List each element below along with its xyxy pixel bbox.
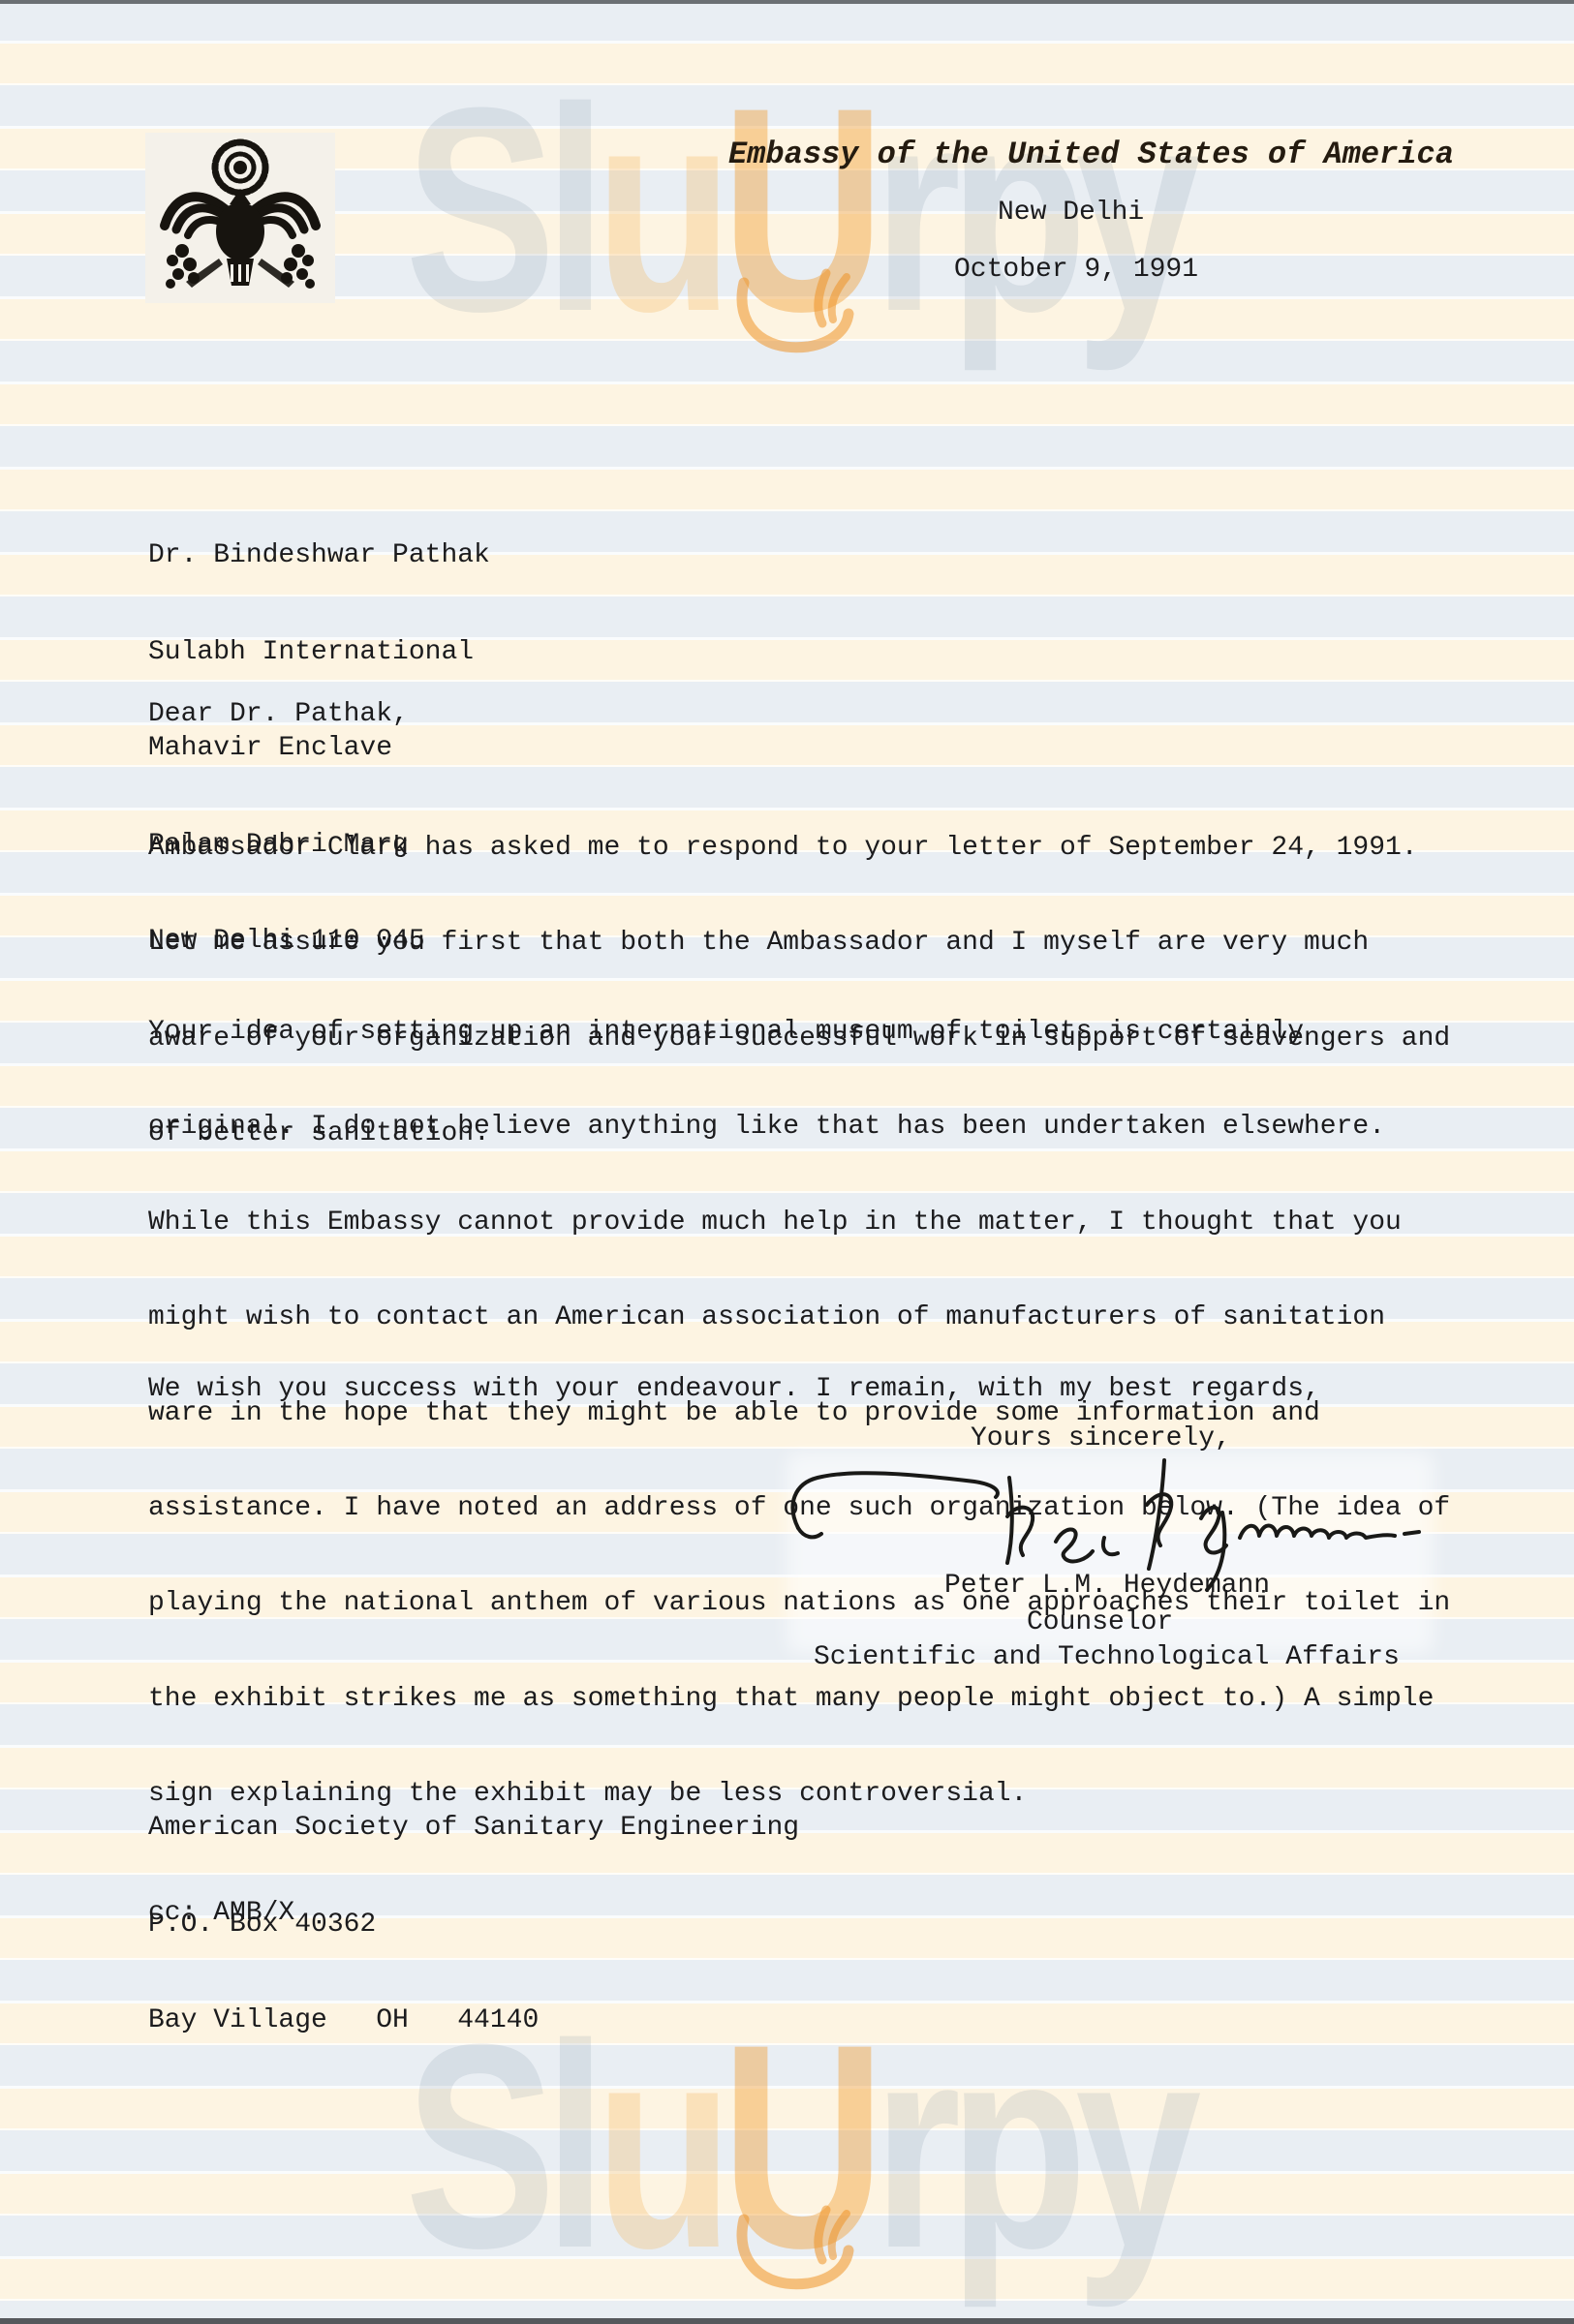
orange-swoosh-icon (734, 250, 889, 366)
watermark-letter: l (544, 46, 596, 372)
body-line: original. I do not believe anything like… (148, 1112, 1450, 1147)
letterhead-date: October 9, 1991 (954, 255, 1198, 285)
body-line: While this Embassy cannot provide much h… (148, 1208, 1450, 1242)
watermark-letter: y (1075, 1983, 1189, 2309)
body-line: Your idea of setting up an international… (148, 1017, 1450, 1052)
recipient-line: Dr. Bindeshwar Pathak (148, 540, 490, 577)
body-line: Ambassador Clark has asked me to respond… (148, 833, 1450, 868)
watermark-letter: u (595, 46, 721, 372)
orange-swoosh-icon (734, 2186, 889, 2303)
watermark-letter: S (405, 46, 544, 372)
letterhead-title: Embassy of the United States of America (728, 137, 1454, 172)
signer-title: Counselor (1027, 1607, 1173, 1637)
handwritten-signature-image (785, 1449, 1424, 1596)
top-border-bar (0, 0, 1574, 4)
cc-line: cc: AMB/X (148, 1898, 294, 1928)
letterhead-city: New Delhi (998, 198, 1144, 228)
recipient-line: Mahavir Enclave (148, 733, 490, 770)
reference-line: American Society of Sanitary Engineering (148, 1813, 799, 1850)
signer-office: Scientific and Technological Affairs (814, 1642, 1400, 1672)
body-line: We wish you success with your endeavour.… (148, 1374, 1320, 1409)
watermark-letter: p (949, 1983, 1075, 2309)
embassy-seal-image (145, 133, 335, 303)
salutation: Dear Dr. Pathak, (148, 699, 409, 729)
body-line: the exhibit strikes me as something that… (148, 1684, 1450, 1719)
bottom-border-bar (0, 2318, 1574, 2324)
scanned-letter-page: SluUrpy SluUrpy (0, 0, 1574, 2324)
reference-line: Bay Village OH 44140 (148, 2005, 799, 2042)
recipient-line: Sulabh International (148, 637, 490, 674)
